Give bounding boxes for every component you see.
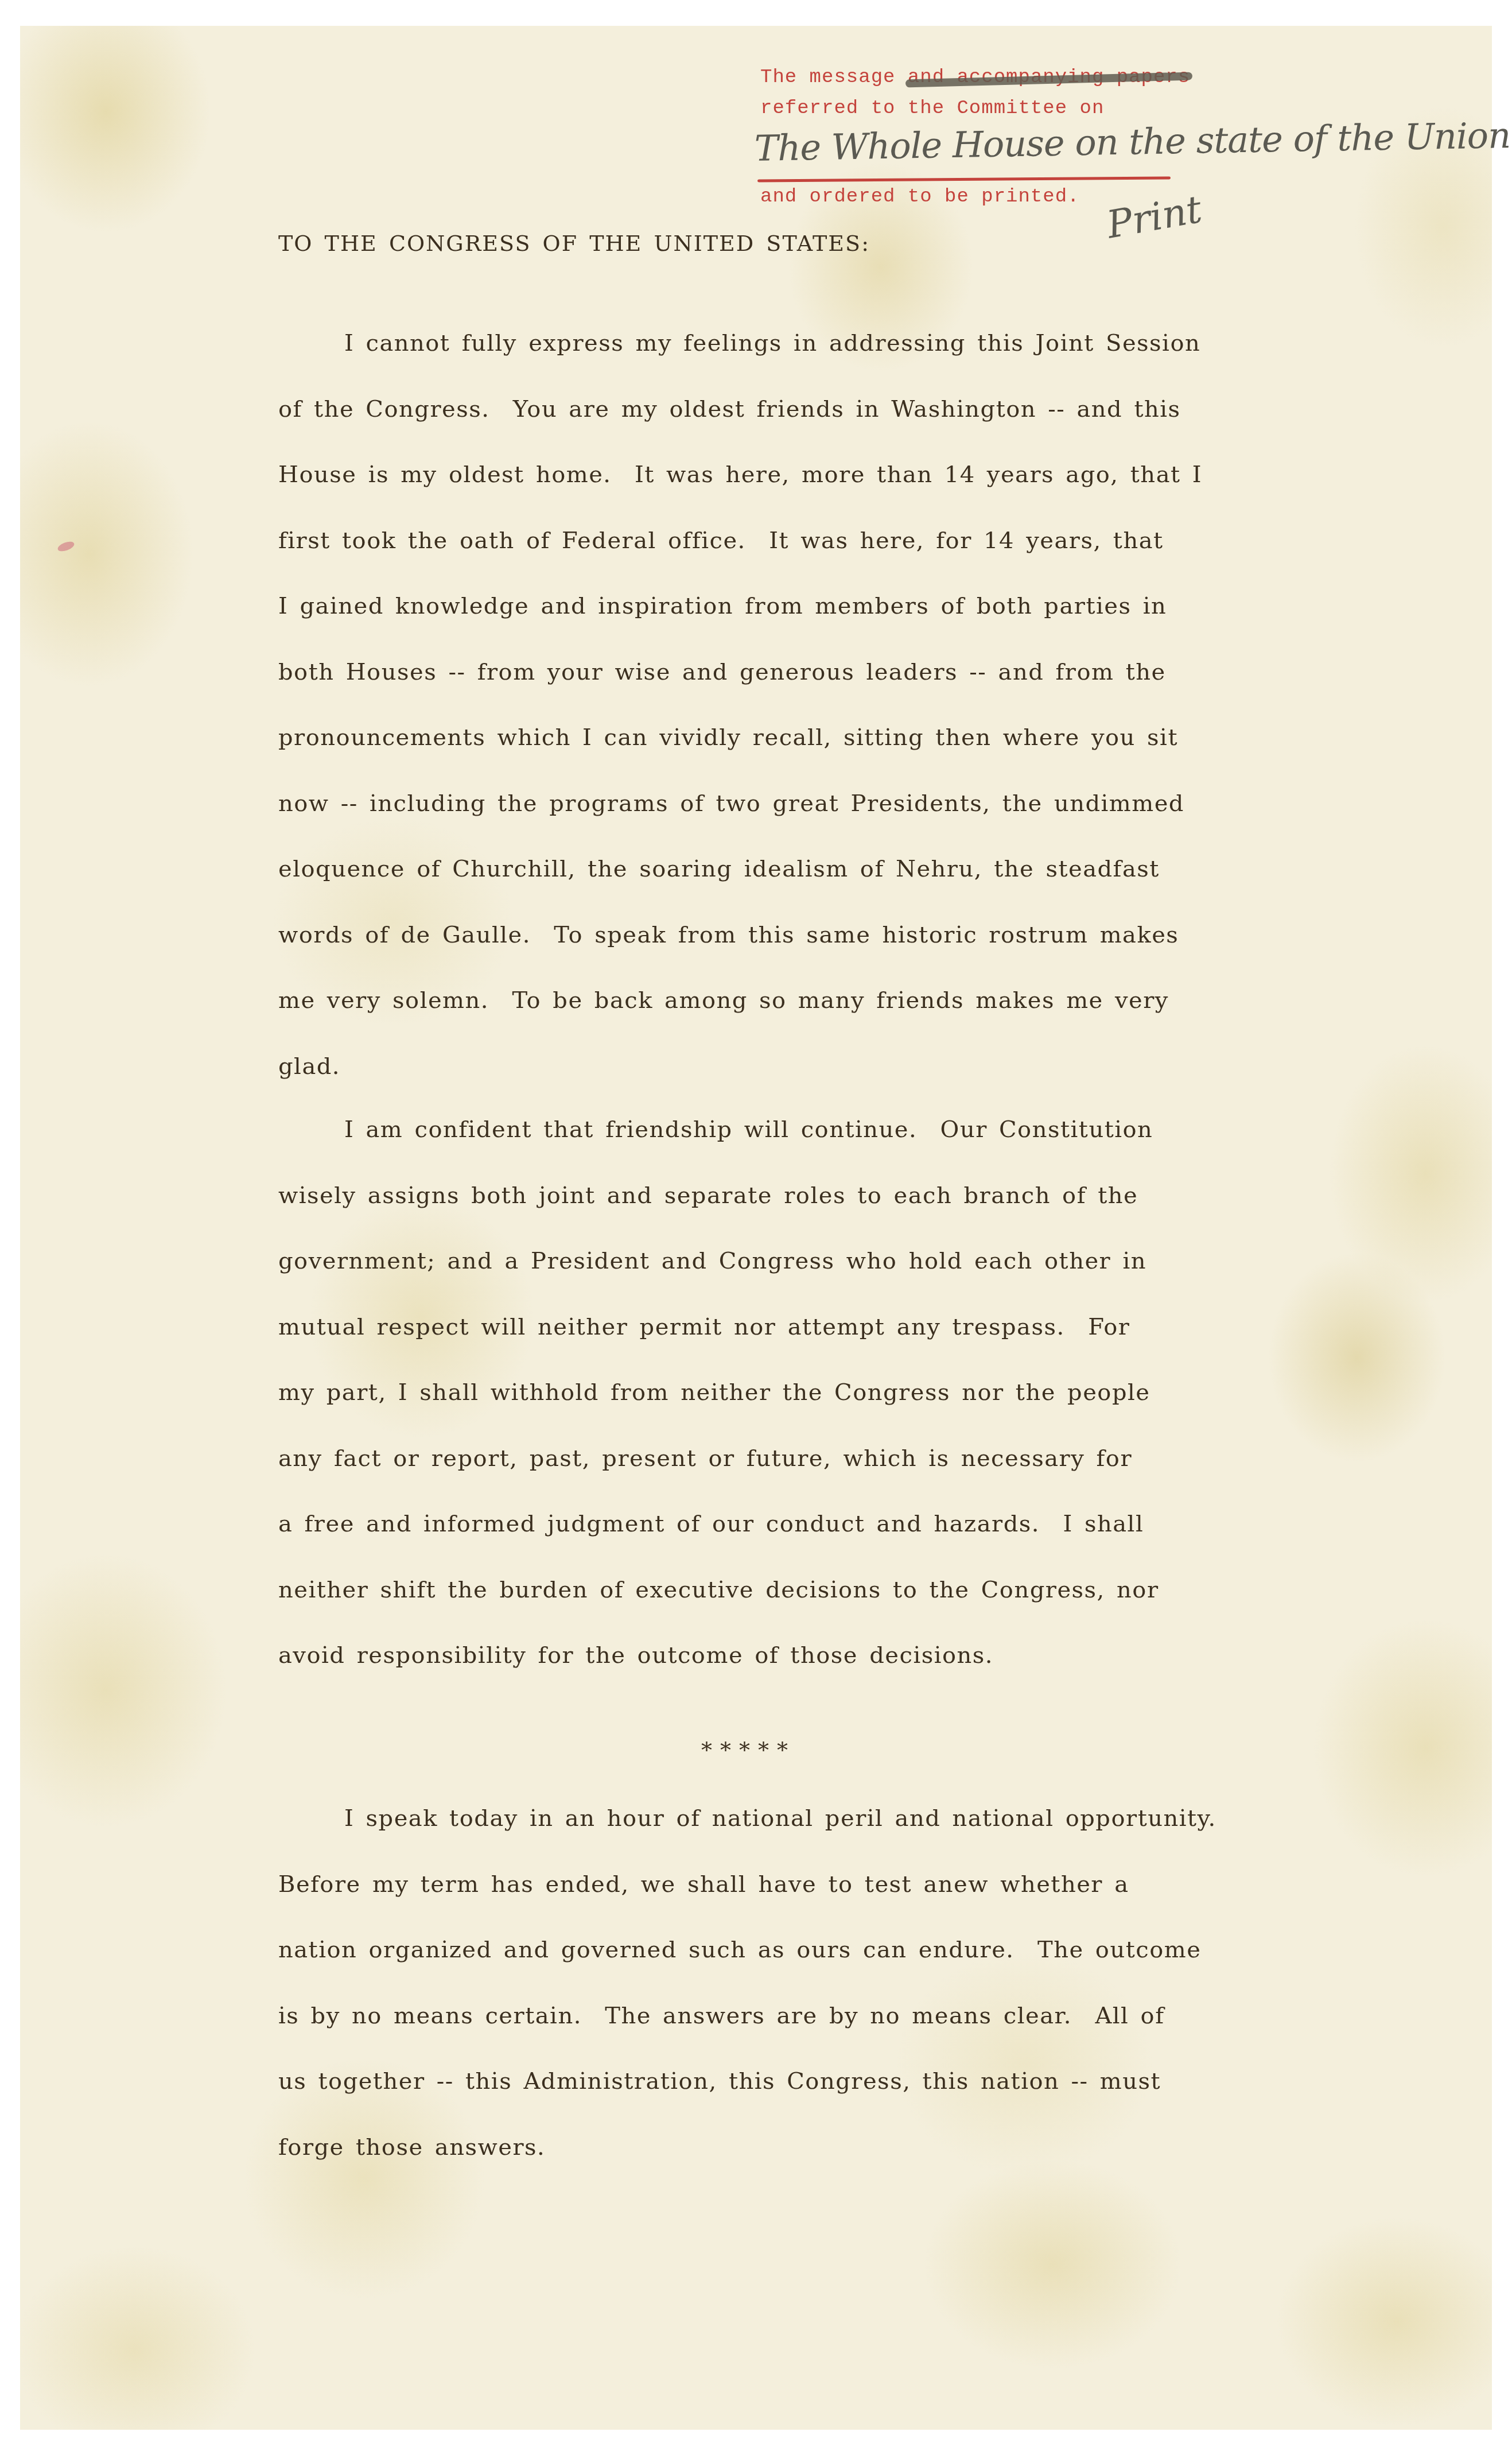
stamp-line-2: referred to the Committee on bbox=[760, 99, 1104, 118]
text-line: us together -- this Administration, this… bbox=[278, 2070, 1161, 2093]
salutation-heading: TO THE CONGRESS OF THE UNITED STATES: bbox=[278, 232, 870, 254]
text-line: eloquence of Churchill, the soaring idea… bbox=[278, 858, 1160, 881]
text-line: now -- including the programs of two gre… bbox=[278, 792, 1184, 815]
text-line: glad. bbox=[278, 1055, 340, 1078]
text-line: House is my oldest home. It was here, mo… bbox=[278, 463, 1202, 486]
stamp-message-text: The message bbox=[760, 67, 908, 88]
text-line: of the Congress. You are my oldest frien… bbox=[278, 398, 1181, 421]
text-line: Before my term has ended, we shall have … bbox=[278, 1873, 1129, 1896]
section-separator: ***** bbox=[701, 1739, 796, 1761]
text-line: neither shift the burden of executive de… bbox=[278, 1579, 1159, 1601]
text-line: mutual respect will neither permit nor a… bbox=[278, 1316, 1130, 1339]
text-line: first took the oath of Federal office. I… bbox=[278, 529, 1164, 552]
text-line: any fact or report, past, present or fut… bbox=[278, 1447, 1132, 1470]
text-line: my part, I shall withhold from neither t… bbox=[278, 1381, 1150, 1404]
text-line: both Houses -- from your wise and genero… bbox=[278, 661, 1166, 684]
text-line: is by no means certain. The answers are … bbox=[278, 2004, 1164, 2027]
stamp-line-3: and ordered to be printed. bbox=[760, 187, 1080, 207]
text-line: I am confident that friendship will cont… bbox=[344, 1118, 1153, 1141]
text-line: a free and informed judgment of our cond… bbox=[278, 1512, 1144, 1535]
text-line: government; and a President and Congress… bbox=[278, 1250, 1146, 1273]
text-line: nation organized and governed such as ou… bbox=[278, 1938, 1201, 1961]
text-line: avoid responsibility for the outcome of … bbox=[278, 1644, 993, 1667]
text-line: me very solemn. To be back among so many… bbox=[278, 989, 1169, 1012]
text-line: wisely assigns both joint and separate r… bbox=[278, 1184, 1138, 1207]
text-line: I gained knowledge and inspiration from … bbox=[278, 595, 1167, 618]
text-line: I cannot fully express my feelings in ad… bbox=[344, 332, 1200, 355]
text-line: words of de Gaulle. To speak from this s… bbox=[278, 924, 1179, 947]
text-line: pronouncements which I can vividly recal… bbox=[278, 726, 1178, 749]
stamp-struck-text: and accompanying papers bbox=[908, 67, 1190, 88]
text-line: I speak today in an hour of national per… bbox=[344, 1807, 1216, 1830]
stamp-line-1: The message and accompanying papers bbox=[760, 68, 1190, 87]
text-line: forge those answers. bbox=[278, 2136, 545, 2159]
